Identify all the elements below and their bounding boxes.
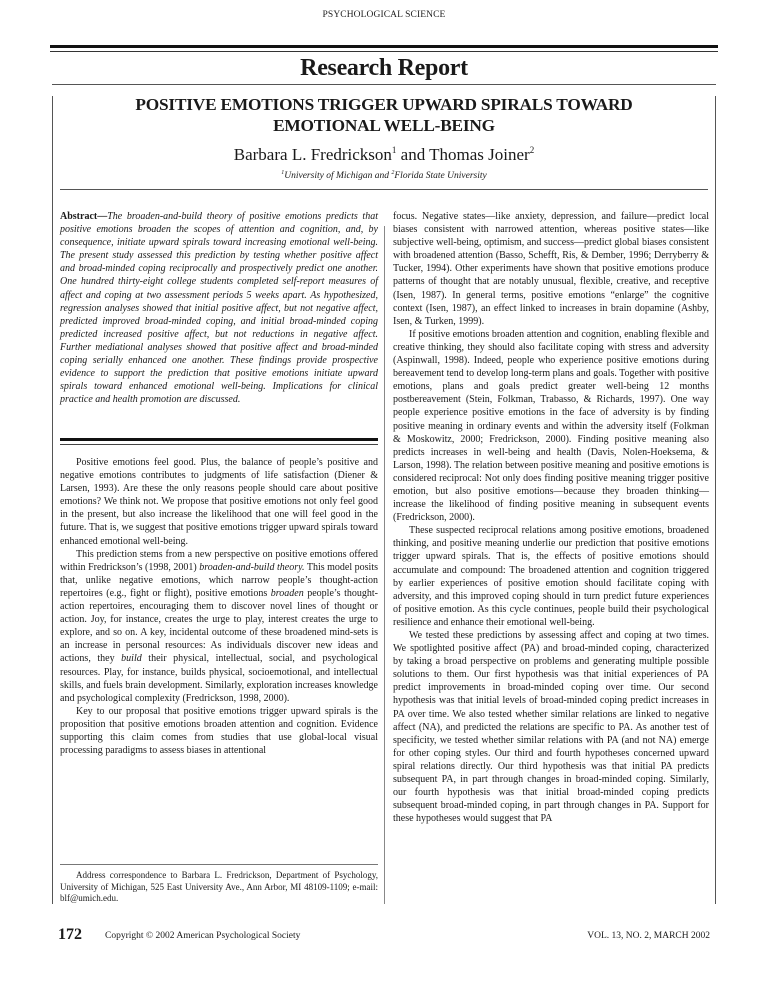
affiliation-rule (60, 189, 708, 190)
abstract-rule-thin (60, 444, 378, 445)
paragraph: Key to our proposal that positive emotio… (60, 705, 378, 757)
header-rule-thick (50, 45, 718, 48)
frame-right-border (715, 96, 716, 904)
body-right-column: focus. Negative states—like anxiety, dep… (393, 210, 709, 825)
paragraph: These suspected reciprocal relations amo… (393, 524, 709, 629)
journal-name: PSYCHOLOGICAL SCIENCE (0, 10, 768, 20)
section-heading: Research Report (0, 55, 768, 82)
emphasis: build (121, 653, 142, 664)
header-rule-thin (50, 51, 718, 52)
article-title: POSITIVE EMOTIONS TRIGGER UPWARD SPIRALS… (60, 94, 708, 136)
affiliation-name: University of Michigan (284, 171, 372, 181)
frame-left-border (52, 96, 53, 904)
paragraph: focus. Negative states—like anxiety, dep… (393, 210, 709, 328)
abstract-text: The broaden-and-build theory of positive… (60, 211, 378, 405)
column-divider (384, 226, 385, 904)
abstract-rule-thick (60, 438, 378, 441)
correspondence-footnote: Address correspondence to Barbara L. Fre… (60, 870, 378, 905)
emphasis: broaden-and-build theory. (199, 562, 304, 573)
section-rule (52, 84, 716, 85)
author-name: Thomas Joiner (429, 145, 530, 164)
author-affil-marker: 2 (530, 145, 535, 155)
paragraph: We tested these predictions by assessing… (393, 629, 709, 825)
copyright-notice: Copyright © 2002 American Psychological … (105, 931, 300, 941)
affiliations: 1University of Michigan and 2Florida Sta… (0, 170, 768, 181)
article-title-line2: EMOTIONAL WELL-BEING (60, 115, 708, 136)
abstract-label: Abstract— (60, 211, 107, 222)
affil-joiner: and (372, 171, 391, 181)
author-list: Barbara L. Fredrickson1 and Thomas Joine… (0, 145, 768, 165)
volume-info: VOL. 13, NO. 2, MARCH 2002 (587, 931, 710, 941)
footnote-rule (60, 864, 378, 865)
emphasis: broaden (271, 588, 304, 599)
footnote-text: Address correspondence to Barbara L. Fre… (60, 870, 378, 905)
author-name: Barbara L. Fredrickson (234, 145, 392, 164)
paragraph: If positive emotions broaden attention a… (393, 328, 709, 524)
body-left-column: Positive emotions feel good. Plus, the b… (60, 456, 378, 757)
paragraph: Positive emotions feel good. Plus, the b… (60, 456, 378, 548)
paragraph: This prediction stems from a new perspec… (60, 548, 378, 705)
author-joiner: and (396, 145, 429, 164)
article-title-line1: POSITIVE EMOTIONS TRIGGER UPWARD SPIRALS… (60, 94, 708, 115)
affiliation-name: Florida State University (394, 171, 486, 181)
abstract: Abstract—The broaden-and-build theory of… (60, 210, 378, 406)
page-number: 172 (58, 926, 82, 944)
